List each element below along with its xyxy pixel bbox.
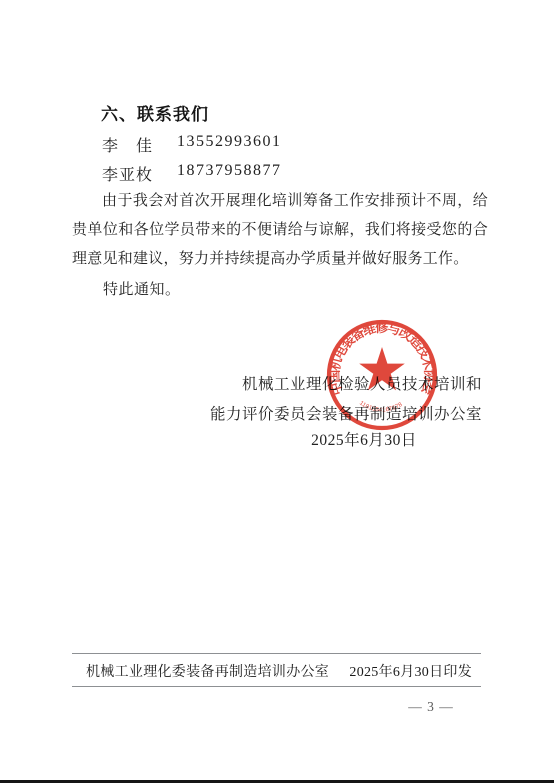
page-number: — 3 — bbox=[396, 699, 466, 715]
seal-code-arc: 1101054167678 bbox=[358, 400, 404, 413]
footer-issue-date: 2025年6月30日印发 bbox=[349, 661, 472, 681]
contact-row: 李 佳 13552993601 bbox=[102, 133, 282, 153]
svg-text:1101054167678: 1101054167678 bbox=[358, 400, 404, 413]
official-seal-stamp: 中国机电装备维修与改造技术协会 1101054167678 bbox=[320, 313, 444, 437]
contact-name: 李亚枚 bbox=[102, 162, 163, 182]
footer-issuer: 机械工业理化委装备再制造培训办公室 bbox=[86, 661, 329, 681]
seal-star-icon bbox=[359, 347, 405, 390]
contact-phone: 18737958877 bbox=[177, 162, 282, 182]
closing-phrase: 特此通知。 bbox=[73, 278, 181, 299]
footer-divider-bottom bbox=[72, 686, 481, 687]
contact-name: 李 佳 bbox=[102, 133, 163, 153]
contact-phone: 13552993601 bbox=[177, 133, 282, 153]
footer-divider-top bbox=[72, 653, 481, 654]
notice-paragraph: 由于我会对首次开展理化培训筹备工作安排预计不周，给贵单位和各位学员带来的不便请给… bbox=[72, 187, 488, 274]
section-heading: 六、联系我们 bbox=[101, 100, 209, 125]
document-page: 六、联系我们 李 佳 13552993601 李亚枚 18737958877 由… bbox=[0, 0, 554, 783]
contact-row: 李亚枚 18737958877 bbox=[102, 162, 282, 182]
